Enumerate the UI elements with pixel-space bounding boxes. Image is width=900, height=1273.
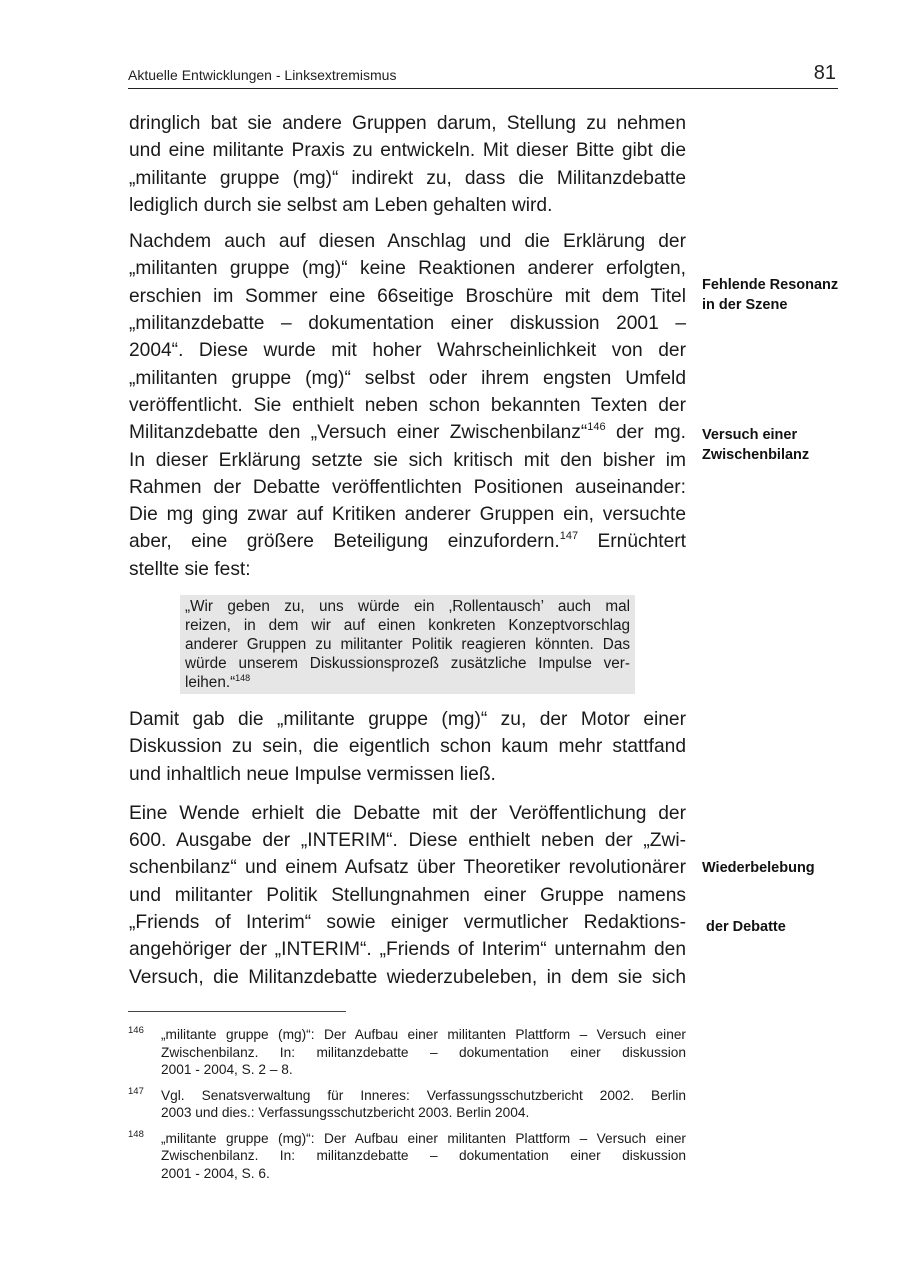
footnote-line: 2003 und dies.: Verfassungsschutzbericht… xyxy=(161,1104,686,1122)
footnote-line: 2001 - 2004, S. 6. xyxy=(161,1165,686,1183)
text-line: In dieser Erklärung setzte sie sich krit… xyxy=(129,447,686,474)
text-line: angehöriger der „INTERIM“. „Friends of I… xyxy=(129,936,686,963)
footnote-line: „militante gruppe (mg)“: Der Aufbau eine… xyxy=(161,1026,686,1044)
text-line: Nachdem auch auf diesen Anschlag und die… xyxy=(129,228,686,255)
footnote-number: 147 xyxy=(128,1083,144,1101)
text-line: „Friends of Interim“ sowie einiger vermu… xyxy=(129,909,686,936)
header-title: Aktuelle Entwicklungen - Linksextremismu… xyxy=(128,67,396,83)
footnote-ref-148[interactable]: 148 xyxy=(235,673,250,683)
margin-note-line: Wiederbelebung xyxy=(702,859,815,879)
text-line: Versuch, die Militanzdebatte wiederzubel… xyxy=(129,964,686,991)
footnote-146: 146 „militante gruppe (mg)“: Der Aufbau … xyxy=(128,1026,686,1079)
text-line: Eine Wende erhielt die Debatte mit der V… xyxy=(129,800,686,827)
text-line: und militanter Politik Stellungnahmen ei… xyxy=(129,882,686,909)
margin-note-line: Fehlende Resonanz xyxy=(702,276,838,296)
page-number: 81 xyxy=(814,62,836,85)
footnote-line: Zwischenbilanz. In: militanzdebatte – do… xyxy=(161,1147,686,1165)
text-fragment: der mg. xyxy=(606,422,686,443)
footnote-line: 2001 - 2004, S. 2 – 8. xyxy=(161,1061,686,1079)
footnote-line: „militante gruppe (mg)“: Der Aufbau eine… xyxy=(161,1130,686,1148)
footnote-separator xyxy=(128,1011,346,1012)
text-line-with-footnote: Militanzdebatte den „Versuch einer Zwisc… xyxy=(129,419,686,446)
text-fragment: leihen.“ xyxy=(185,674,235,691)
text-line: „militanten gruppe (mg)“ keine Reaktione… xyxy=(129,255,686,282)
text-line: Rahmen der Debatte veröffentlichten Posi… xyxy=(129,474,686,501)
body-text-continued: Damit gab die „militante gruppe (mg)“ zu… xyxy=(129,706,686,1000)
text-line: lediglich durch sie selbst am Leben geha… xyxy=(129,192,686,219)
footnotes: 146 „militante gruppe (mg)“: Der Aufbau … xyxy=(128,1026,686,1190)
text-fragment: Militanzdebatte den „Versuch einer Zwisc… xyxy=(129,422,587,443)
text-line: Damit gab die „militante gruppe (mg)“ zu… xyxy=(129,706,686,733)
paragraph-2: Nachdem auch auf diesen Anschlag und die… xyxy=(129,228,686,583)
margin-note-line: Versuch einer xyxy=(702,426,809,446)
body-text: dringlich bat sie andere Gruppen darum, … xyxy=(129,110,686,592)
margin-note-versuch-zwischenbilanz: Versuch einer Zwischenbilanz xyxy=(702,426,809,465)
text-line: stellte sie fest: xyxy=(129,556,686,583)
text-line: 600. Ausgabe der „INTERIM“. Diese enthie… xyxy=(129,827,686,854)
text-line: Die mg ging zwar auf Kritiken anderer Gr… xyxy=(129,501,686,528)
quote-line: reizen, in dem wir auf einen konkreten K… xyxy=(185,616,630,635)
text-line: und eine militante Praxis zu entwickeln.… xyxy=(129,137,686,164)
text-line: veröffentlicht. Sie enthielt neben schon… xyxy=(129,392,686,419)
footnote-number: 148 xyxy=(128,1126,144,1144)
text-line: „militanzdebatte – dokumentation einer d… xyxy=(129,310,686,337)
margin-note-wiederbelebung: Wiederbelebung der Debatte xyxy=(702,820,815,957)
margin-note-line: in der Szene xyxy=(702,296,838,316)
paragraph-4: Eine Wende erhielt die Debatte mit der V… xyxy=(129,800,686,991)
footnote-147: 147 Vgl. Senatsverwaltung für Inneres: V… xyxy=(128,1087,686,1122)
text-line: und inhaltlich neue Impulse vermissen li… xyxy=(129,761,686,788)
footnote-line: Zwischenbilanz. In: militanzdebatte – do… xyxy=(161,1044,686,1062)
text-line: „militanten gruppe (mg)“ selbst oder ihr… xyxy=(129,365,686,392)
quote-line: anderer Gruppen zu militanter Politik re… xyxy=(185,635,630,654)
text-line: erschien im Sommer eine 66seitige Brosch… xyxy=(129,283,686,310)
text-line: 2004“. Diese wurde mit hoher Wahrscheinl… xyxy=(129,337,686,364)
block-quote: „Wir geben zu, uns würde ein ‚Rollentaus… xyxy=(180,595,635,694)
text-line: „militante gruppe (mg)“ indirekt zu, das… xyxy=(129,165,686,192)
text-fragment: Ernüchtert xyxy=(578,531,686,552)
text-line: schenbilanz“ und einem Aufsatz über Theo… xyxy=(129,854,686,881)
margin-note-fehlende-resonanz: Fehlende Resonanz in der Szene xyxy=(702,276,838,315)
text-line-with-footnote: aber, eine größere Beteiligung einzuford… xyxy=(129,528,686,555)
quote-line: „Wir geben zu, uns würde ein ‚Rollentaus… xyxy=(185,597,630,616)
margin-note-line: Zwischenbilanz xyxy=(702,446,809,466)
footnote-line: Vgl. Senatsverwaltung für Inneres: Verfa… xyxy=(161,1087,686,1105)
footnote-number: 146 xyxy=(128,1022,144,1040)
margin-note-line: der Debatte xyxy=(702,918,815,938)
footnote-ref-147[interactable]: 147 xyxy=(560,530,578,542)
text-fragment: aber, eine größere Beteiligung einzuford… xyxy=(129,531,560,552)
text-line: dringlich bat sie andere Gruppen darum, … xyxy=(129,110,686,137)
footnote-148: 148 „militante gruppe (mg)“: Der Aufbau … xyxy=(128,1130,686,1183)
quote-line: leihen.“148 xyxy=(185,673,630,692)
paragraph-1: dringlich bat sie andere Gruppen darum, … xyxy=(129,110,686,219)
quote-line: würde unserem Diskussionsprozeß zusätzli… xyxy=(185,654,630,673)
running-header: Aktuelle Entwicklungen - Linksextremismu… xyxy=(128,62,838,89)
text-line: Diskussion zu sein, die eigentlich schon… xyxy=(129,733,686,760)
paragraph-3: Damit gab die „militante gruppe (mg)“ zu… xyxy=(129,706,686,788)
footnote-ref-146[interactable]: 146 xyxy=(587,421,605,433)
